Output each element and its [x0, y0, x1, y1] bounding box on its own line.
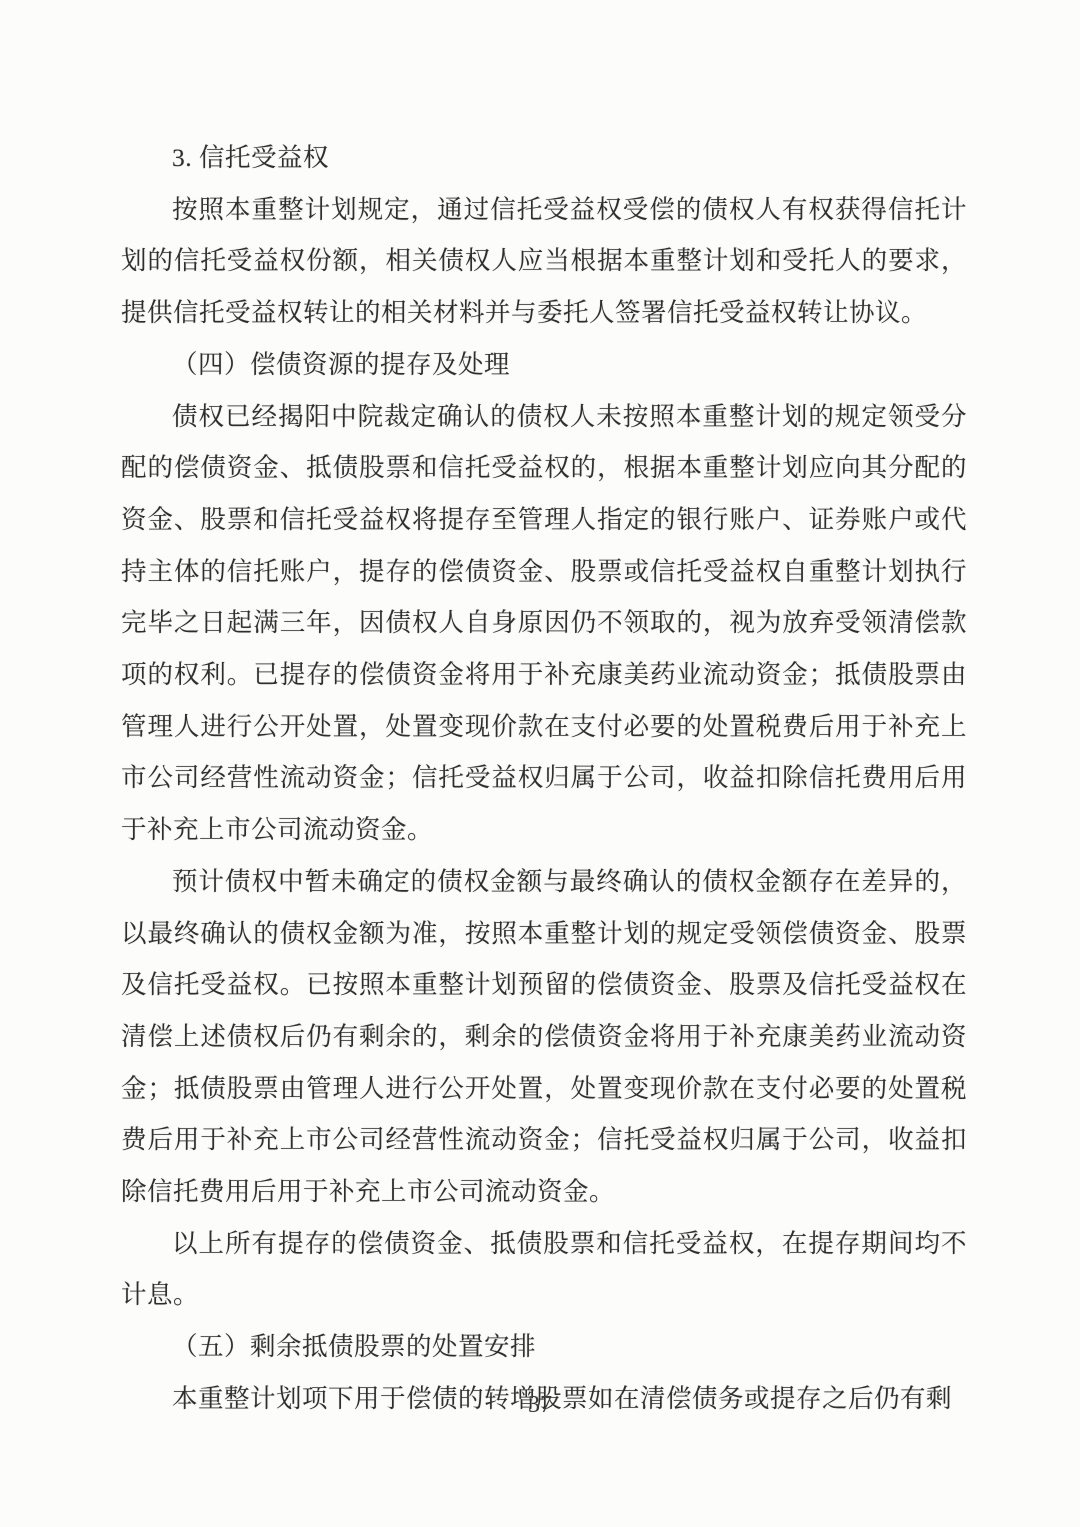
page-number: 37 — [0, 1390, 1080, 1420]
page-body: 3. 信托受益权 按照本重整计划规定，通过信托受益权受偿的债权人有权获得信托计划… — [121, 132, 967, 1425]
paragraph-escrow-handling: 债权已经揭阳中院裁定确认的债权人未按照本重整计划的规定领受分配的偿债资金、抵债股… — [121, 391, 967, 856]
heading-section-4: （四）偿债资源的提存及处理 — [121, 339, 967, 391]
heading-item-3: 3. 信托受益权 — [121, 132, 967, 184]
heading-section-5: （五）剩余抵债股票的处置安排 — [121, 1321, 967, 1373]
document-page: 3. 信托受益权 按照本重整计划规定，通过信托受益权受偿的债权人有权获得信托计划… — [0, 0, 1080, 1527]
paragraph-estimated-claims: 预计债权中暂未确定的债权金额与最终确认的债权金额存在差异的，以最终确认的债权金额… — [121, 856, 967, 1218]
paragraph-no-interest: 以上所有提存的偿债资金、抵债股票和信托受益权，在提存期间均不计息。 — [121, 1218, 967, 1321]
paragraph-trust-transfer: 按照本重整计划规定，通过信托受益权受偿的债权人有权获得信托计划的信托受益权份额，… — [121, 184, 967, 339]
